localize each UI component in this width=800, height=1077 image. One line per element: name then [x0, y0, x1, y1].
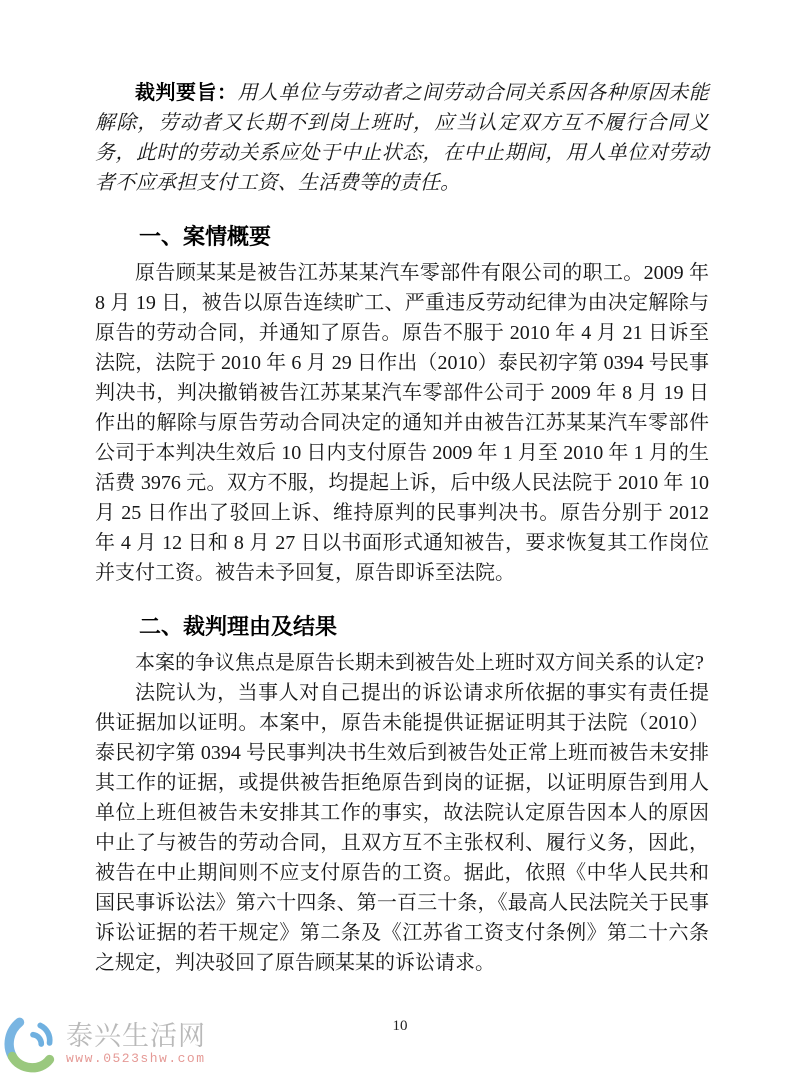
document-page: 裁判要旨：用人单位与劳动者之间劳动合同关系因各种原因未能解除，劳动者又长期不到岗…	[0, 0, 800, 1077]
watermark-text-block: 泰兴生活网 www.0523shw.com	[66, 1022, 206, 1066]
section-heading-case-overview: 一、案情概要	[95, 223, 709, 251]
site-watermark: 泰兴生活网 www.0523shw.com	[2, 1013, 206, 1075]
watermark-site-name: 泰兴生活网	[66, 1022, 206, 1051]
section-heading-judgment-reasons: 二、裁判理由及结果	[95, 613, 709, 641]
document-content: 裁判要旨：用人单位与劳动者之间劳动合同关系因各种原因未能解除，劳动者又长期不到岗…	[95, 78, 709, 978]
watermark-site-url: www.0523shw.com	[66, 1051, 206, 1066]
court-opinion-paragraph: 法院认为，当事人对自己提出的诉讼请求所依据的事实有责任提供证据加以证明。本案中，…	[95, 678, 709, 978]
judgment-summary-paragraph: 裁判要旨：用人单位与劳动者之间劳动合同关系因各种原因未能解除，劳动者又长期不到岗…	[95, 78, 709, 198]
broadcast-signal-icon	[2, 1013, 64, 1075]
dispute-focus-paragraph: 本案的争议焦点是原告长期未到被告处上班时双方间关系的认定?	[95, 648, 709, 678]
case-overview-paragraph: 原告顾某某是被告江苏某某汽车零部件有限公司的职工。2009 年 8 月 19 日…	[95, 258, 709, 588]
judgment-summary-label: 裁判要旨：	[135, 82, 238, 104]
